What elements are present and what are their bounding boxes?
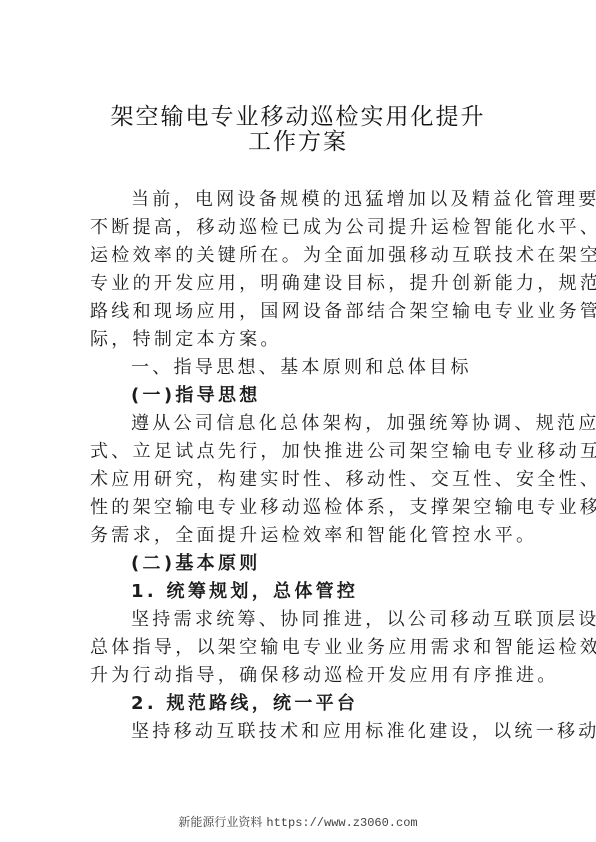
document-title-line-2: 工作方案 (0, 129, 596, 155)
principle-heading: 1. 统筹规划，总体管控 (90, 578, 510, 606)
paragraph-line: 式、立足试点先行，加快推进公司架空输电专业移动互联技 (90, 438, 510, 466)
footer-source-label: 新能源行业资料 (178, 815, 262, 829)
paragraph-line: 当前，电网设备规模的迅猛增加以及精益化管理要求的 (90, 186, 510, 214)
paragraph-line: 运检效率的关键所在。为全面加强移动互联技术在架空输电 (90, 242, 510, 270)
paragraph-line: 总体指导，以架空输电专业业务应用需求和智能运检效率提 (90, 634, 510, 662)
document-body: 当前，电网设备规模的迅猛增加以及精益化管理要求的 不断提高，移动巡检已成为公司提… (90, 186, 510, 746)
intro-paragraph: 当前，电网设备规模的迅猛增加以及精益化管理要求的 不断提高，移动巡检已成为公司提… (90, 186, 510, 354)
subsection-heading: (一)指导思想 (90, 382, 510, 410)
paragraph-line: 坚持移动互联技术和应用标准化建设，以统一移动应用 (90, 718, 510, 746)
principle-2-paragraph: 坚持移动互联技术和应用标准化建设，以统一移动应用 (90, 718, 510, 746)
paragraph-line: 遵从公司信息化总体架构，加强统筹协调、规范应用模 (90, 410, 510, 438)
paragraph-line: 术应用研究，构建实时性、移动性、交互性、安全性、可管理 (90, 466, 510, 494)
section-heading: 一、指导思想、基本原则和总体目标 (90, 354, 510, 382)
document-page: 架空输电专业移动巡检实用化提升 工作方案 当前，电网设备规模的迅猛增加以及精益化… (0, 0, 596, 842)
paragraph-line: 专业的开发应用，明确建设目标，提升创新能力，规范技术 (90, 270, 510, 298)
paragraph-line: 升为行动指导，确保移动巡检开发应用有序推进。 (90, 662, 510, 690)
principle-1-paragraph: 坚持需求统筹、协同推进，以公司移动互联顶层设计为 总体指导，以架空输电专业业务应… (90, 606, 510, 690)
title-text: 工作方案 (0, 129, 596, 155)
document-title-line-1: 架空输电专业移动巡检实用化提升 (0, 104, 596, 130)
footer-url-link[interactable]: https://www.z3060.com (266, 816, 417, 830)
page-footer: 新能源行业资料https://www.z3060.com (0, 813, 596, 830)
paragraph-line: 性的架空输电专业移动巡检体系，支撑架空输电专业移动业 (90, 494, 510, 522)
title-text: 架空输电专业移动巡检实用化提升 (0, 104, 596, 130)
paragraph-line: 际，特制定本方案。 (90, 326, 510, 354)
paragraph-line: 坚持需求统筹、协同推进，以公司移动互联顶层设计为 (90, 606, 510, 634)
principle-heading: 2. 规范路线，统一平台 (90, 690, 510, 718)
subsection-heading: (二)基本原则 (90, 550, 510, 578)
guiding-ideology-paragraph: 遵从公司信息化总体架构，加强统筹协调、规范应用模 式、立足试点先行，加快推进公司… (90, 410, 510, 550)
paragraph-line: 务需求，全面提升运检效率和智能化管控水平。 (90, 522, 510, 550)
paragraph-line: 路线和现场应用，国网设备部结合架空输电专业业务管理实 (90, 298, 510, 326)
paragraph-line: 不断提高，移动巡检已成为公司提升运检智能化水平、提高 (90, 214, 510, 242)
